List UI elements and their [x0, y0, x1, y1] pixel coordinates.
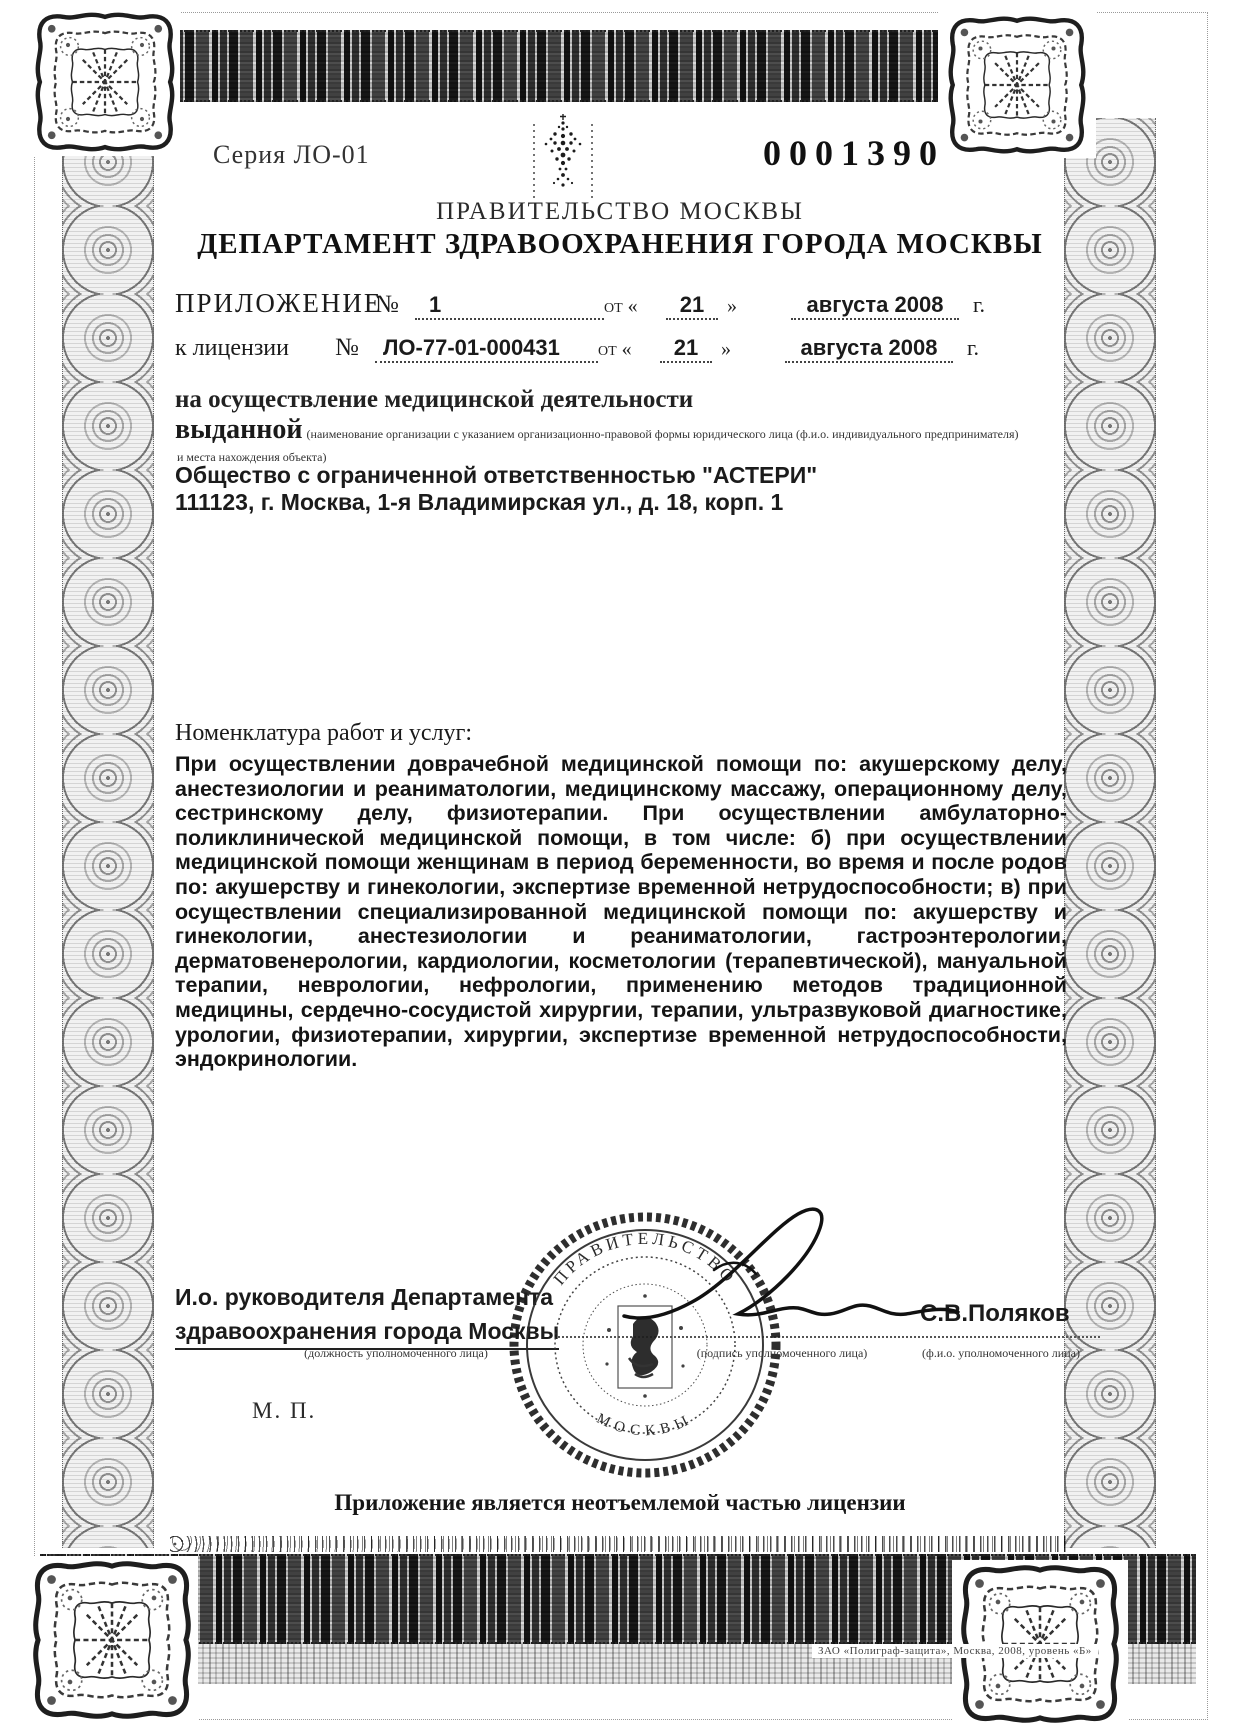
printer-credit: ЗАО «Полиграф-защита», Москва, 2008, уро…	[812, 1644, 1098, 1658]
document-number: 0001390	[763, 132, 945, 174]
issued-line: выданной (наименование организации с ука…	[175, 414, 1070, 446]
department-title: ДЕПАРТАМЕНТ ЗДРАВООХРАНЕНИЯ ГОРОДА МОСКВ…	[175, 228, 1065, 261]
license-row: к лицензии № ЛО-77-01-000431 от « 21 » а…	[175, 334, 1075, 363]
license-day-value: 21	[660, 335, 712, 363]
signer-position: И.о. руководителя Департамента здравоохр…	[175, 1280, 559, 1350]
border-band-right	[1064, 118, 1156, 1548]
signature-note: (подпись уполномоченного лица)	[612, 1346, 952, 1361]
border-band-top	[168, 30, 1070, 102]
license-close-quote: »	[712, 338, 740, 361]
corner-rosette-icon	[26, 1556, 198, 1724]
license-appendix-page: Серия ЛО-01 0001390 ПРАВИТЕЛЬСТВО МОСКВЫ…	[0, 0, 1236, 1732]
government-title: ПРАВИТЕЛЬСТВО МОСКВЫ	[175, 198, 1065, 226]
nomenclature-title: Номенклатура работ и услуг:	[175, 720, 472, 747]
appendix-year-suffix: г.	[973, 292, 985, 318]
license-number-value: ЛО-77-01-000431	[375, 335, 598, 363]
organization-name: Общество с ограниченной ответственностью…	[175, 462, 817, 489]
organization-address: 111123, г. Москва, 1-я Владимирская ул.,…	[175, 489, 783, 516]
nomenclature-body: При осуществлении доврачебной медицинско…	[175, 752, 1067, 1072]
license-year-suffix: г.	[967, 335, 979, 361]
appendix-day-value: 21	[666, 292, 718, 320]
seal-ring-text-bottom: МОСКВЫ	[594, 1411, 696, 1440]
series-label: Серия ЛО-01	[213, 140, 370, 170]
footer-note: Приложение является неотъемлемой частью …	[175, 1490, 1065, 1516]
license-month-value: августа 2008	[785, 335, 953, 363]
signer-position-line-2: здравоохранения города Москвы	[175, 1314, 559, 1350]
appendix-month-value: августа 2008	[791, 292, 959, 320]
appendix-from-label: от «	[604, 295, 666, 318]
activity-line: на осуществление медицинской деятельност…	[175, 386, 693, 414]
issued-note: (наименование организации с указанием ор…	[307, 427, 1019, 441]
corner-rosette-icon	[30, 8, 180, 156]
state-emblem-icon	[528, 112, 598, 210]
border-speckle-strip	[170, 1536, 1070, 1552]
appendix-number-value: 1	[415, 292, 604, 320]
signature-scrawl	[618, 1200, 966, 1345]
svg-text:МОСКВЫ: МОСКВЫ	[594, 1411, 696, 1440]
appendix-label: ПРИЛОЖЕНИЕ	[175, 288, 375, 319]
stamp-place-label: М. П.	[252, 1398, 316, 1424]
license-label: к лицензии	[175, 335, 335, 362]
license-from-label: от «	[598, 338, 660, 361]
appendix-number-sign: №	[375, 291, 415, 319]
appendix-close-quote: »	[718, 295, 746, 318]
corner-rosette-icon	[938, 12, 1096, 158]
issued-label: выданной	[175, 414, 303, 445]
signer-position-line-1: И.о. руководителя Департамента	[175, 1284, 553, 1310]
appendix-row: ПРИЛОЖЕНИЕ № 1 от « 21 » августа 2008 г.	[175, 288, 1075, 320]
license-number-sign: №	[335, 334, 375, 362]
border-band-left	[62, 118, 154, 1548]
